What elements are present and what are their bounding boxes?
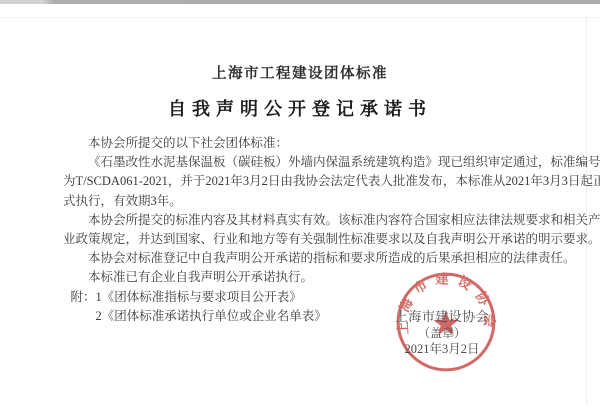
body-line: 业政策规定，并达到国家、行业和地方等有关强制性标准要求以及自我声明公开承诺的明示…	[63, 230, 540, 249]
page-title: 自我声明公开登记承诺书	[0, 95, 600, 121]
body-line: 式执行，有效期3年。	[63, 192, 540, 211]
document-page: 上海市工程建设团体标准 自我声明公开登记承诺书 本协会所提交的以下社会团体标准：…	[0, 0, 600, 415]
signature-seal-note: （盖章）	[384, 325, 500, 341]
body-line: 为T/SCDA061-2021，并于2021年3月2日由我协会法定代表人批准发布…	[63, 172, 540, 191]
body-line: 本协会所提交的标准内容及其材料真实有效。该标准内容符合国家相应法律法规要求和相关…	[63, 211, 540, 230]
signature-date: 2021年3月2日	[384, 341, 500, 358]
scan-artifact-top-bar	[0, 0, 600, 4]
body-line: 本协会所提交的以下社会团体标准：	[63, 134, 540, 153]
signature-block: 上海市建设协会 （盖章） 2021年3月2日	[384, 308, 500, 358]
body-line: 本协会对标准登记中自我声明公开承诺的指标和要求所造成的后果承担相应的法律责任。	[63, 249, 540, 268]
header-title: 上海市工程建设团体标准	[0, 62, 600, 83]
signature-org-name: 上海市建设协会	[384, 308, 500, 325]
body-line: 《石墨改性水泥基保温板（碳硅板）外墙内保温系统建筑构造》现已组织审定通过，标准编…	[63, 153, 540, 172]
scan-artifact-hline	[0, 17, 600, 18]
